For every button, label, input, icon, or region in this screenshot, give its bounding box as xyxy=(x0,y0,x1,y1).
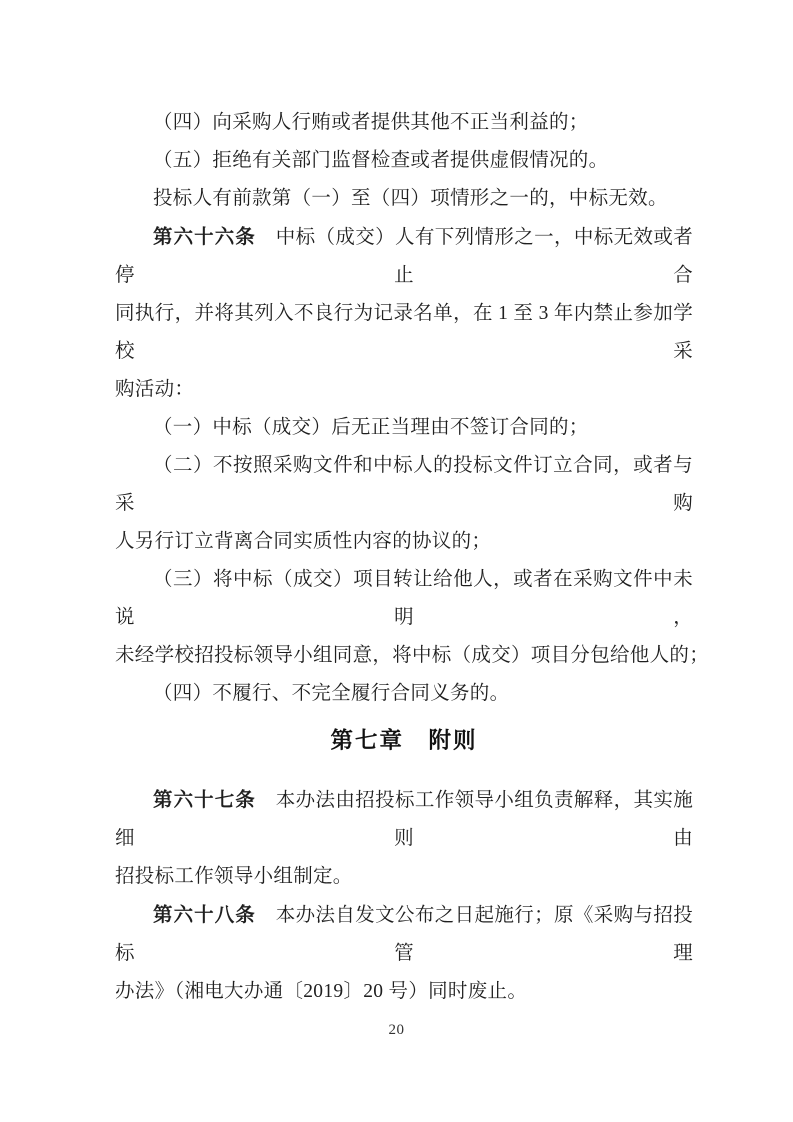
clause-line: （四）向采购人行贿或者提供其他不正当利益的； xyxy=(115,104,693,142)
document-page: （四）向采购人行贿或者提供其他不正当利益的； （五）拒绝有关部门监督检查或者提供… xyxy=(0,0,793,1122)
clause-line: 办法》（湘电大办通〔2019〕20 号）同时废止。 xyxy=(115,973,693,1011)
article-line: 第六十六条 中标（成交）人有下列情形之一，中标无效或者停止合 xyxy=(115,218,693,295)
article-number: 第六十七条 xyxy=(153,789,256,811)
clause-line: （五）拒绝有关部门监督检查或者提供虚假情况的。 xyxy=(115,142,693,180)
clause-line: 人另行订立背离合同实质性内容的协议的； xyxy=(115,523,693,561)
clause-line: 同执行，并将其列入不良行为记录名单，在 1 至 3 年内禁止参加学校采 xyxy=(115,295,693,371)
page-number: 20 xyxy=(0,1022,793,1039)
document-body: （四）向采购人行贿或者提供其他不正当利益的； （五）拒绝有关部门监督检查或者提供… xyxy=(115,104,693,1011)
chapter-heading: 第七章 附则 xyxy=(115,719,693,763)
clause-line: （三）将中标（成交）项目转让给他人，或者在采购文件中未说明， xyxy=(115,561,693,637)
clause-line: 购活动： xyxy=(115,371,693,409)
clause-line: 投标人有前款第（一）至（四）项情形之一的，中标无效。 xyxy=(115,180,693,218)
clause-line: （一）中标（成交）后无正当理由不签订合同的； xyxy=(115,409,693,447)
article-line: 第六十七条 本办法由招投标工作领导小组负责解释，其实施细则由 xyxy=(115,781,693,858)
article-line: 第六十八条 本办法自发文公布之日起施行；原《采购与招投标管理 xyxy=(115,896,693,973)
clause-line: 未经学校招投标领导小组同意，将中标（成交）项目分包给他人的； xyxy=(115,637,693,675)
article-number: 第六十八条 xyxy=(153,904,256,926)
clause-line: （四）不履行、不完全履行合同义务的。 xyxy=(115,675,693,713)
clause-line: （二）不按照采购文件和中标人的投标文件订立合同，或者与采购 xyxy=(115,447,693,523)
article-number: 第六十六条 xyxy=(153,226,256,248)
clause-line: 招投标工作领导小组制定。 xyxy=(115,858,693,896)
